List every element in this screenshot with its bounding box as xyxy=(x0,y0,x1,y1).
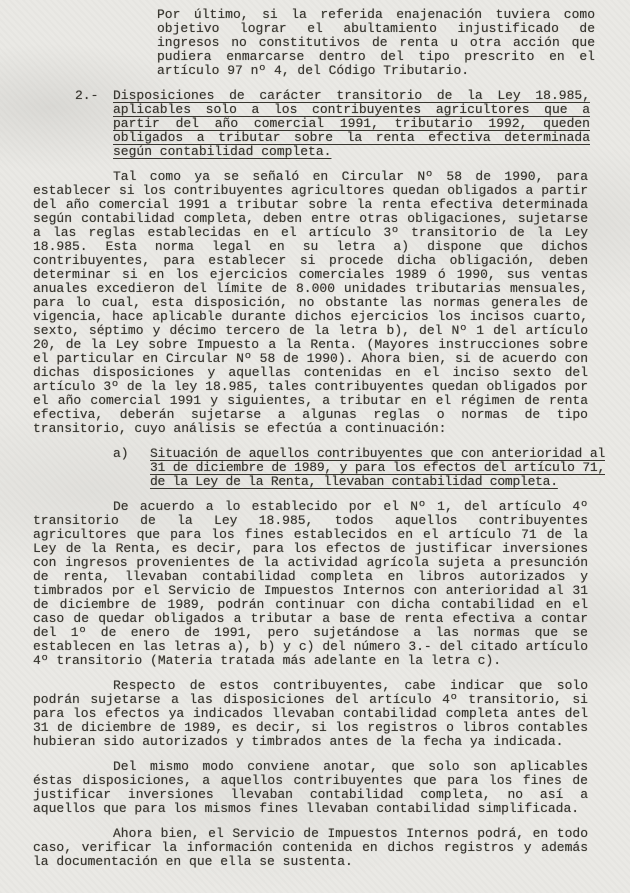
subsection-marker: a) xyxy=(113,447,150,489)
paragraph-ahora-bien: Ahora bien, el Servicio de Impuestos Int… xyxy=(33,827,588,869)
section-2-heading: 2.- Disposiciones de carácter transitori… xyxy=(75,89,598,159)
intro-paragraph: Por último, si la referida enajenación t… xyxy=(157,8,595,78)
paragraph-tal-como: Tal como ya se señaló en Circular Nº 58 … xyxy=(33,170,588,436)
subsection-a-heading: a) Situación de aquellos contribuyentes … xyxy=(113,447,598,489)
paragraph-respecto: Respecto de estos contribuyentes, cabe i… xyxy=(33,679,588,749)
scanned-document-page: Por último, si la referida enajenación t… xyxy=(0,0,630,893)
section-title: Disposiciones de carácter transitorio de… xyxy=(113,89,590,159)
paragraph-del-mismo: Del mismo modo conviene anotar, que solo… xyxy=(33,760,588,816)
paragraph-de-acuerdo: De acuerdo a lo establecido por el Nº 1,… xyxy=(33,500,588,668)
subsection-title: Situación de aquellos contribuyentes que… xyxy=(150,447,605,489)
section-number: 2.- xyxy=(75,89,113,159)
